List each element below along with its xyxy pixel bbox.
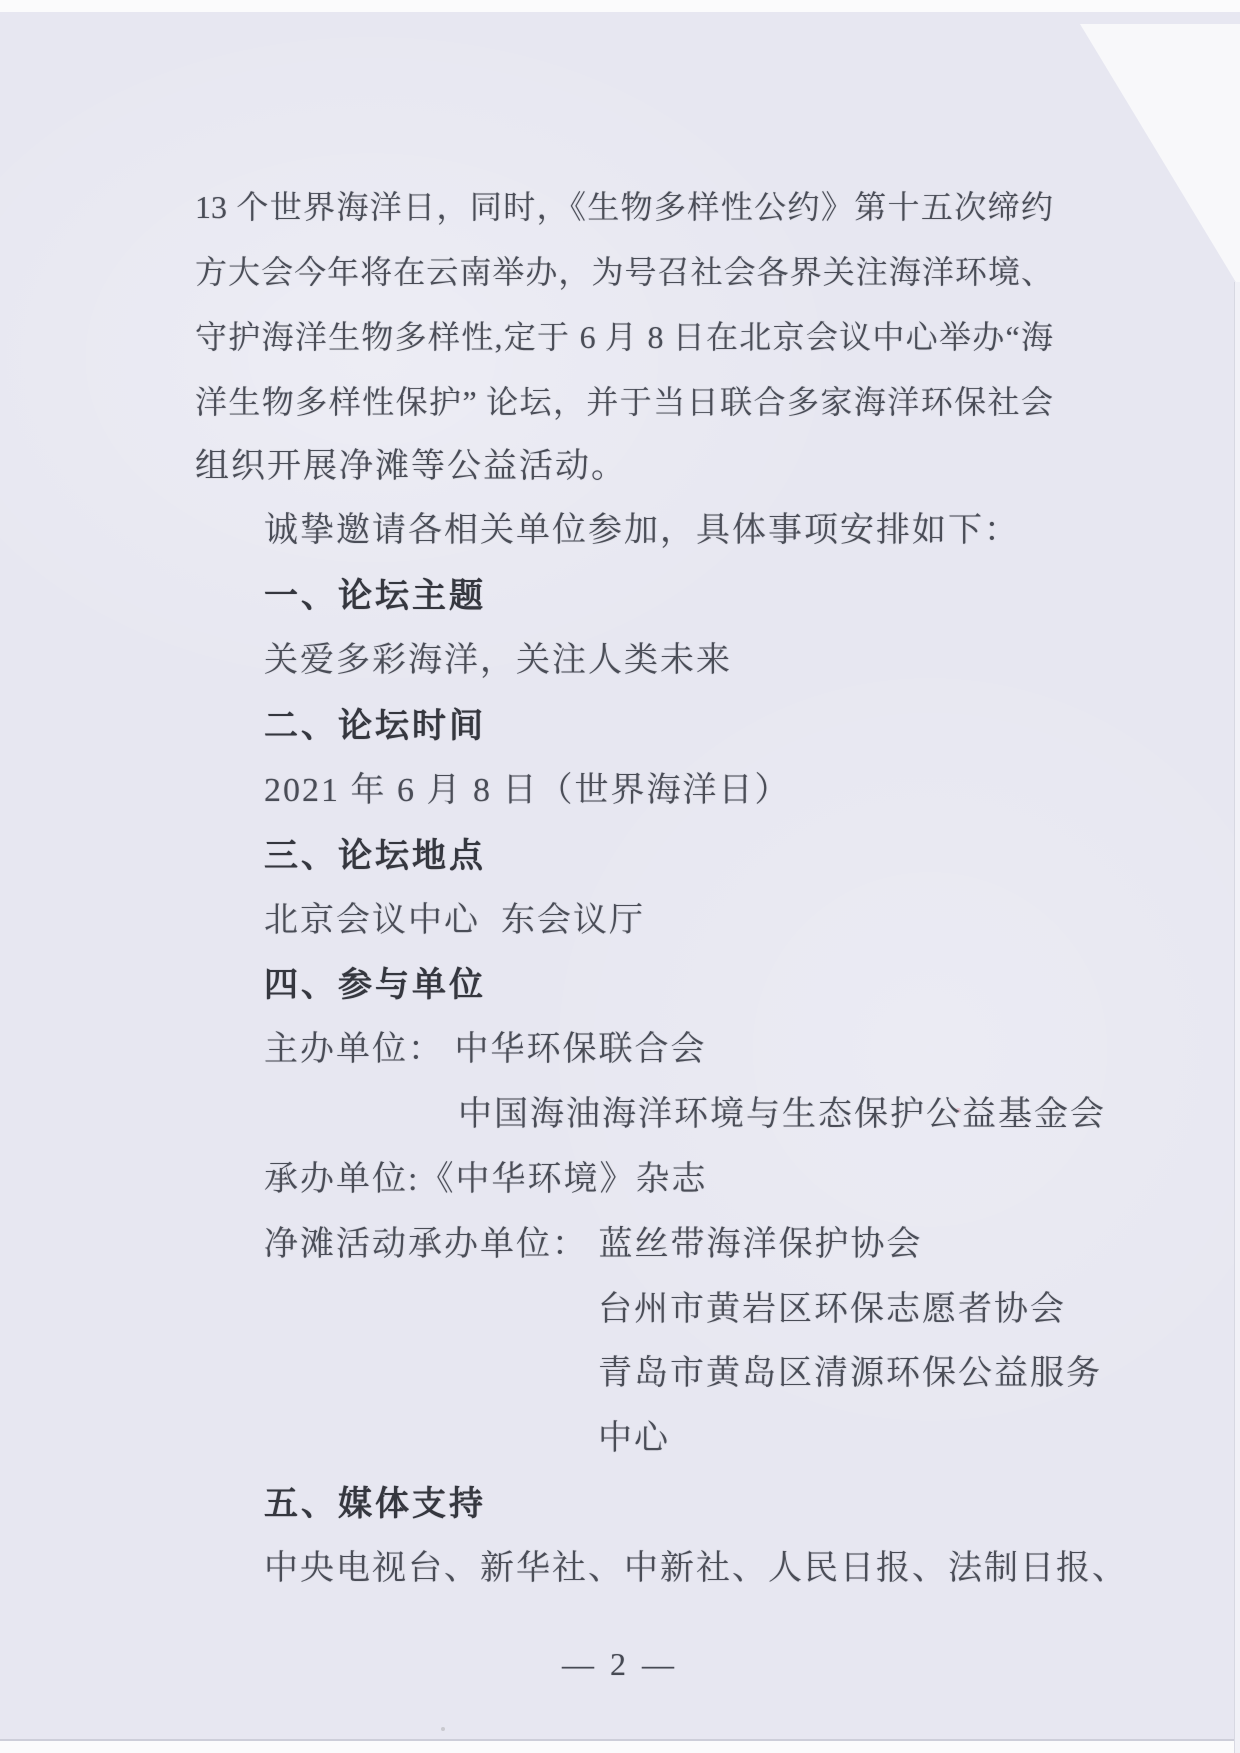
forum-theme-text: 关爱多彩海洋，关注人类未来 xyxy=(264,638,732,684)
beach-cleanup-organizer-line: 净滩活动承办单位： 蓝丝带海洋保护协会 xyxy=(264,1222,923,1268)
section-heading-forum-venue: 三、论坛地点 xyxy=(264,833,486,879)
beach-cleanup-organizer-line: 台州市黄岩区环保志愿者协会 xyxy=(598,1287,1066,1333)
invitation-line: 诚挚邀请各相关单位参加，具体事项安排如下： xyxy=(264,508,1020,554)
host-organization-line: 主办单位： 中华环保联合会 xyxy=(264,1027,707,1073)
section-heading-participants: 四、参与单位 xyxy=(264,962,486,1008)
scan-speck xyxy=(441,1727,445,1731)
scan-edge-artifact xyxy=(1234,282,1240,1753)
organizer-line: 承办单位:《中华环境》杂志 xyxy=(264,1157,707,1203)
body-line: 守护海洋生物多样性,定于 6 月 8 日在北京会议中心举办“海 xyxy=(195,314,1053,360)
body-line: 13 个世界海洋日，同时，《生物多样性公约》第十五次缔约 xyxy=(195,184,1053,230)
body-line: 组织开展净滩等公益活动。 xyxy=(195,444,627,490)
section-heading-forum-time: 二、论坛时间 xyxy=(264,703,486,749)
host-organization-line: 中国海油海洋环境与生态保护公益基金会 xyxy=(458,1092,1106,1138)
forum-time-text: 2021 年 6 月 8 日（世界海洋日） xyxy=(264,768,791,814)
section-heading-media-support: 五、媒体支持 xyxy=(264,1481,486,1527)
forum-venue-text: 北京会议中心 东会议厅 xyxy=(264,898,645,944)
section-heading-forum-theme: 一、论坛主题 xyxy=(264,573,486,619)
media-support-line: 中央电视台、新华社、中新社、人民日报、法制日报、 xyxy=(264,1546,1128,1592)
body-line: 方大会今年将在云南举办，为号召社会各界关注海洋环境、 xyxy=(195,249,1053,295)
beach-cleanup-organizer-line: 中心 xyxy=(598,1416,670,1462)
body-line: 洋生物多样性保护” 论坛，并于当日联合多家海洋环保社会 xyxy=(195,379,1053,425)
page-number: — 2 — xyxy=(0,1646,1240,1683)
scan-corner-artifact xyxy=(1080,24,1240,289)
scanned-page-sheet: 13 个世界海洋日，同时，《生物多样性公约》第十五次缔约 方大会今年将在云南举办… xyxy=(0,12,1240,1741)
beach-cleanup-organizer-line: 青岛市黄岛区清源环保公益服务 xyxy=(598,1351,1102,1397)
